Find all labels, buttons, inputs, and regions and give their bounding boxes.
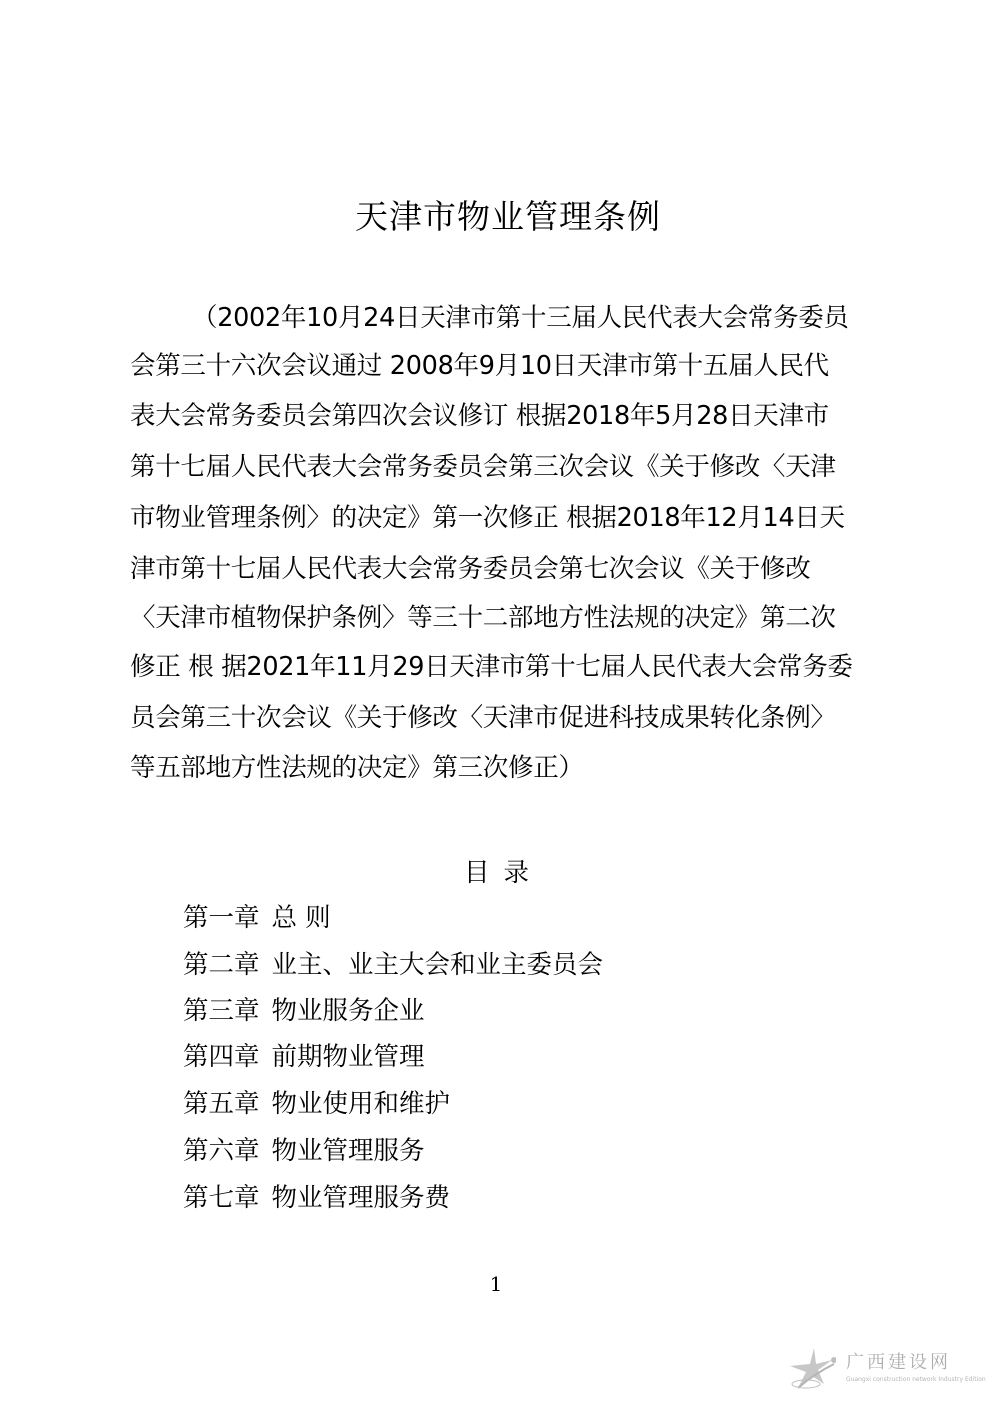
toc-item-chapter-2[interactable]: 第二章业主、业主大会和业主委员会 (183, 947, 603, 983)
preamble-line: 市物业管理条例〉的决定》第一次修正 根据2018年12月14日天 (130, 500, 845, 536)
preamble-line: 第十七届人民代表大会常务委员会第三次会议《关于修改〈天津 (130, 449, 836, 485)
toc-chapter-number: 第六章 (183, 1136, 260, 1166)
toc-item-chapter-6[interactable]: 第六章物业管理服务 (183, 1133, 425, 1169)
toc-chapter-number: 第三章 (183, 996, 260, 1026)
toc-item-chapter-1[interactable]: 第一章总 则 (183, 900, 331, 936)
toc-chapter-name: 物业管理服务 (272, 1136, 425, 1166)
document-title: 天津市物业管理条例 (0, 193, 992, 241)
watermark-site-subtitle: Guangxi construction network Industry Ed… (846, 1376, 986, 1383)
watermark-logo: 广西建设网 Guangxi construction network Indus… (784, 1346, 990, 1394)
preamble-line: （2002年10月24日天津市第十三届人民代表大会常务委员 (192, 300, 849, 336)
preamble-line: 员会第三十次会议《关于修改〈天津市促进科技成果转化条例〉 (130, 700, 836, 736)
star-logo-icon (784, 1346, 836, 1392)
toc-item-chapter-3[interactable]: 第三章物业服务企业 (183, 993, 425, 1029)
document-page: 天津市物业管理条例 （2002年10月24日天津市第十三届人民代表大会常务委员 … (0, 0, 992, 1403)
toc-item-chapter-7[interactable]: 第七章物业管理服务费 (183, 1180, 450, 1216)
watermark-site-name: 广西建设网 (846, 1348, 951, 1374)
preamble-line: 〈天津市植物保护条例〉等三十二部地方性法规的决定》第二次 (130, 600, 836, 636)
toc-chapter-number: 第四章 (183, 1042, 260, 1072)
toc-chapter-name: 物业服务企业 (272, 996, 425, 1026)
page-number: 1 (0, 1270, 992, 1298)
preamble-line: 津市第十七届人民代表大会常务委员会第七次会议《关于修改 (130, 551, 810, 587)
preamble-line: 修正 根 据2021年11月29日天津市第十七届人民代表大会常务委 (130, 649, 853, 685)
toc-chapter-name: 物业使用和维护 (272, 1089, 451, 1119)
toc-chapter-name: 前期物业管理 (272, 1042, 425, 1072)
toc-chapter-name: 总 则 (272, 903, 331, 933)
toc-item-chapter-4[interactable]: 第四章前期物业管理 (183, 1039, 425, 1075)
toc-chapter-name: 业主、业主大会和业主委员会 (272, 950, 604, 980)
toc-title: 目录 (464, 855, 543, 891)
toc-chapter-number: 第五章 (183, 1089, 260, 1119)
toc-chapter-number: 第七章 (183, 1183, 260, 1213)
preamble-line: 表大会常务委员会第四次会议修订 根据2018年5月28日天津市 (130, 398, 829, 434)
toc-chapter-name: 物业管理服务费 (272, 1183, 451, 1213)
toc-chapter-number: 第一章 (183, 903, 260, 933)
toc-item-chapter-5[interactable]: 第五章物业使用和维护 (183, 1086, 450, 1122)
preamble-line: 会第三十六次会议通过 2008年9月10日天津市第十五届人民代 (130, 348, 829, 384)
toc-chapter-number: 第二章 (183, 950, 260, 980)
preamble-line: 等五部地方性法规的决定》第三次修正） (130, 750, 584, 786)
